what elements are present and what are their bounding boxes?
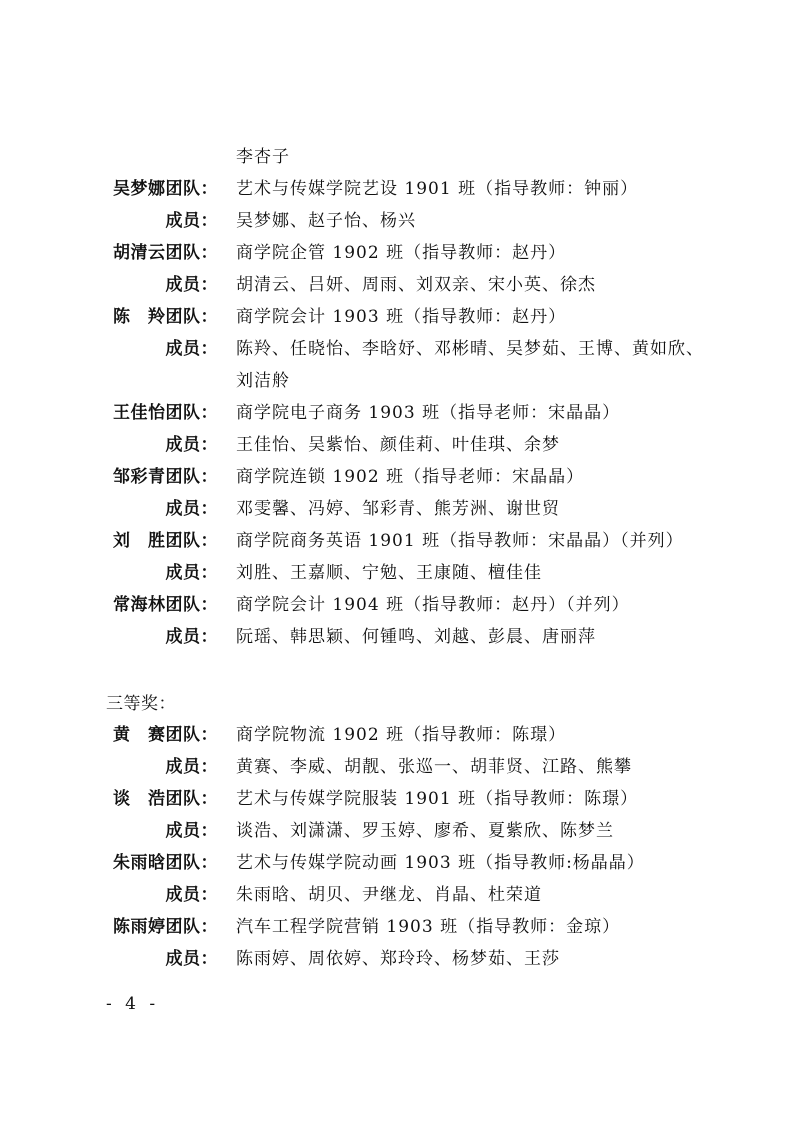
members-list: 谈浩、刘潇潇、罗玉婷、廖希、夏紫欣、陈梦兰	[236, 815, 614, 847]
members-list: 阮瑶、韩思颖、何锺鸣、刘越、彭晨、唐丽萍	[236, 621, 596, 653]
team-label: 邹彩青团队：	[113, 461, 218, 493]
team-row: 黄 赛团队： 商学院物流 1902 班（指导教师：陈璟）	[0, 719, 794, 751]
team-row: 常海林团队： 商学院会计 1904 班（指导教师：赵丹）（并列）	[0, 589, 794, 621]
team-row: 邹彩青团队： 商学院连锁 1902 班（指导老师：宋晶晶）	[0, 461, 794, 493]
members-row: 成员： 胡清云、吕妍、周雨、刘双亲、宋小英、徐杰	[0, 269, 794, 301]
members-label: 成员：	[166, 429, 219, 461]
members-label: 成员：	[166, 751, 219, 783]
team-label: 常海林团队：	[113, 589, 218, 621]
team-row: 刘 胜团队： 商学院商务英语 1901 班（指导教师：宋晶晶）（并列）	[0, 525, 794, 557]
team-label: 刘 胜团队：	[113, 525, 218, 557]
members-list: 胡清云、吕妍、周雨、刘双亲、宋小英、徐杰	[236, 269, 596, 301]
team-class-info: 商学院物流 1902 班（指导教师：陈璟）	[236, 719, 566, 751]
team-label: 胡清云团队：	[113, 237, 218, 269]
team-label: 陈 羚团队：	[113, 301, 218, 333]
members-label: 成员：	[166, 815, 219, 847]
team-label: 黄 赛团队：	[113, 719, 218, 751]
team-label: 谈 浩团队：	[113, 783, 218, 815]
team-class-info: 商学院企管 1902 班（指导教师：赵丹）	[236, 237, 566, 269]
members-label: 成员：	[166, 879, 219, 911]
team-class-info: 商学院电子商务 1903 班（指导老师：宋晶晶）	[236, 397, 620, 429]
members-list: 王佳怡、吴紫怡、颜佳莉、叶佳琪、余梦	[236, 429, 560, 461]
members-row: 成员： 朱雨晗、胡贝、尹继龙、肖晶、杜荣道	[0, 879, 794, 911]
members-row: 成员： 吴梦娜、赵子怡、杨兴	[0, 205, 794, 237]
members-label: 成员：	[166, 557, 219, 589]
team-label: 朱雨晗团队：	[113, 847, 218, 879]
continuation-line: 李杏子	[0, 141, 794, 173]
members-row-continuation: 刘洁舲	[0, 365, 794, 397]
team-label: 吴梦娜团队：	[113, 173, 218, 205]
members-list: 陈雨婷、周依婷、郑玲玲、杨梦茹、王莎	[236, 943, 560, 975]
members-list-continuation: 刘洁舲	[236, 365, 290, 397]
members-list: 黄赛、李威、胡靓、张巡一、胡菲贤、江路、熊攀	[236, 751, 632, 783]
team-class-info: 商学院商务英语 1901 班（指导教师：宋晶晶）（并列）	[236, 525, 684, 557]
team-row: 吴梦娜团队： 艺术与传媒学院艺设 1901 班（指导教师：钟丽）	[0, 173, 794, 205]
team-row: 谈 浩团队： 艺术与传媒学院服装 1901 班（指导教师：陈璟）	[0, 783, 794, 815]
members-label: 成员：	[166, 205, 219, 237]
members-row: 成员： 邓雯馨、冯婷、邹彩青、熊芳洲、谢世贸	[0, 493, 794, 525]
members-label: 成员：	[166, 333, 219, 365]
members-list: 陈羚、任晓怡、李晗妤、邓彬晴、吴梦茹、王博、黄如欣、	[236, 333, 704, 365]
team-row: 胡清云团队： 商学院企管 1902 班（指导教师：赵丹）	[0, 237, 794, 269]
members-row: 成员： 谈浩、刘潇潇、罗玉婷、廖希、夏紫欣、陈梦兰	[0, 815, 794, 847]
member-name-continuation: 李杏子	[236, 141, 290, 173]
team-class-info: 艺术与传媒学院动画 1903 班（指导教师:杨晶晶）	[236, 847, 645, 879]
team-class-info: 艺术与传媒学院艺设 1901 班（指导教师：钟丽）	[236, 173, 638, 205]
team-class-info: 汽车工程学院营销 1903 班（指导教师：金琼）	[236, 911, 620, 943]
team-class-info: 艺术与传媒学院服装 1901 班（指导教师：陈璟）	[236, 783, 638, 815]
members-label: 成员：	[166, 269, 219, 301]
members-row: 成员： 陈雨婷、周依婷、郑玲玲、杨梦茹、王莎	[0, 943, 794, 975]
team-row: 朱雨晗团队： 艺术与传媒学院动画 1903 班（指导教师:杨晶晶）	[0, 847, 794, 879]
section-heading: 三等奖：	[106, 688, 176, 720]
members-label: 成员：	[166, 621, 219, 653]
document-page: 李杏子 吴梦娜团队： 艺术与传媒学院艺设 1901 班（指导教师：钟丽） 成员：…	[0, 0, 794, 1123]
team-label: 陈雨婷团队：	[113, 911, 218, 943]
members-row: 成员： 黄赛、李威、胡靓、张巡一、胡菲贤、江路、熊攀	[0, 751, 794, 783]
team-row: 陈 羚团队： 商学院会计 1903 班（指导教师：赵丹）	[0, 301, 794, 333]
team-class-info: 商学院连锁 1902 班（指导老师：宋晶晶）	[236, 461, 584, 493]
members-row: 成员： 王佳怡、吴紫怡、颜佳莉、叶佳琪、余梦	[0, 429, 794, 461]
team-class-info: 商学院会计 1904 班（指导教师：赵丹）（并列）	[236, 589, 630, 621]
team-label: 王佳怡团队：	[113, 397, 218, 429]
team-class-info: 商学院会计 1903 班（指导教师：赵丹）	[236, 301, 566, 333]
members-list: 吴梦娜、赵子怡、杨兴	[236, 205, 416, 237]
third-prize-heading-row: 三等奖：	[0, 688, 794, 720]
members-label: 成员：	[166, 493, 219, 525]
members-row: 成员： 刘胜、王嘉顺、宁勉、王康随、檀佳佳	[0, 557, 794, 589]
members-label: 成员：	[166, 943, 219, 975]
team-row: 陈雨婷团队： 汽车工程学院营销 1903 班（指导教师：金琼）	[0, 911, 794, 943]
team-row: 王佳怡团队： 商学院电子商务 1903 班（指导老师：宋晶晶）	[0, 397, 794, 429]
page-number: - 4 -	[106, 988, 159, 1020]
members-list: 邓雯馨、冯婷、邹彩青、熊芳洲、谢世贸	[236, 493, 560, 525]
members-list: 刘胜、王嘉顺、宁勉、王康随、檀佳佳	[236, 557, 542, 589]
members-row: 成员： 阮瑶、韩思颖、何锺鸣、刘越、彭晨、唐丽萍	[0, 621, 794, 653]
members-list: 朱雨晗、胡贝、尹继龙、肖晶、杜荣道	[236, 879, 542, 911]
members-row: 成员： 陈羚、任晓怡、李晗妤、邓彬晴、吴梦茹、王博、黄如欣、	[0, 333, 794, 365]
